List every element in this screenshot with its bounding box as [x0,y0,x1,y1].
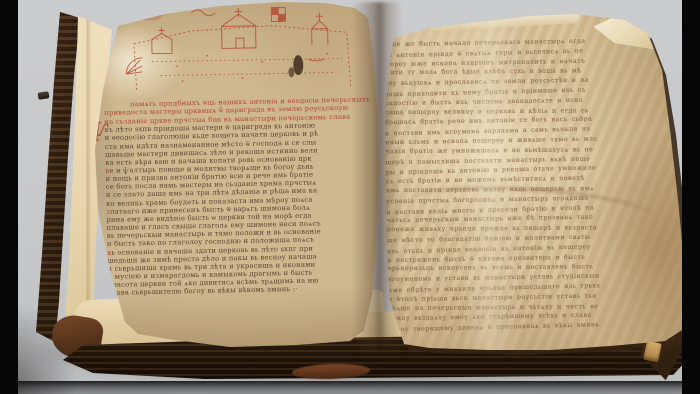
right-manuscript-page: сице же бысть начало печерьскаго манасты… [370,0,700,356]
text-line: зрѧще на печерьскыи манастырь и чьтѧху и… [388,301,640,313]
table-surface-strip [18,381,682,394]
text-line: паша пещероу великоу и церковь и кѣліѧ и… [385,105,637,117]
manuscript-photo: Ѱ памѧть прпдбныхъ ѡць нашихъ антоніа и … [0,0,700,394]
parchment-curled-top-edge [428,11,580,31]
red-ink-monastery-sketch [121,0,375,102]
right-page-text-block: сице же бысть начало печерьскаго манасты… [383,36,640,334]
left-page-text-block: памѧть прпдбныхъ ѡць нашихъ антоніа и ѳе… [104,95,384,297]
brown-text-lines: въ лѣто ѕхпв пріидоша мастери ѿ цариград… [105,120,385,297]
text-line: чаніи братіа же умножишасѧ и не вьмѣщаху… [385,145,637,157]
letterbox-bar-right [682,0,700,394]
letterbox-bar-left [0,0,18,394]
left-manuscript-page: Ѱ памѧть прпдбныхъ ѡць нашихъ антоніа и … [70,0,400,354]
metal-clasp-stub [38,91,50,99]
